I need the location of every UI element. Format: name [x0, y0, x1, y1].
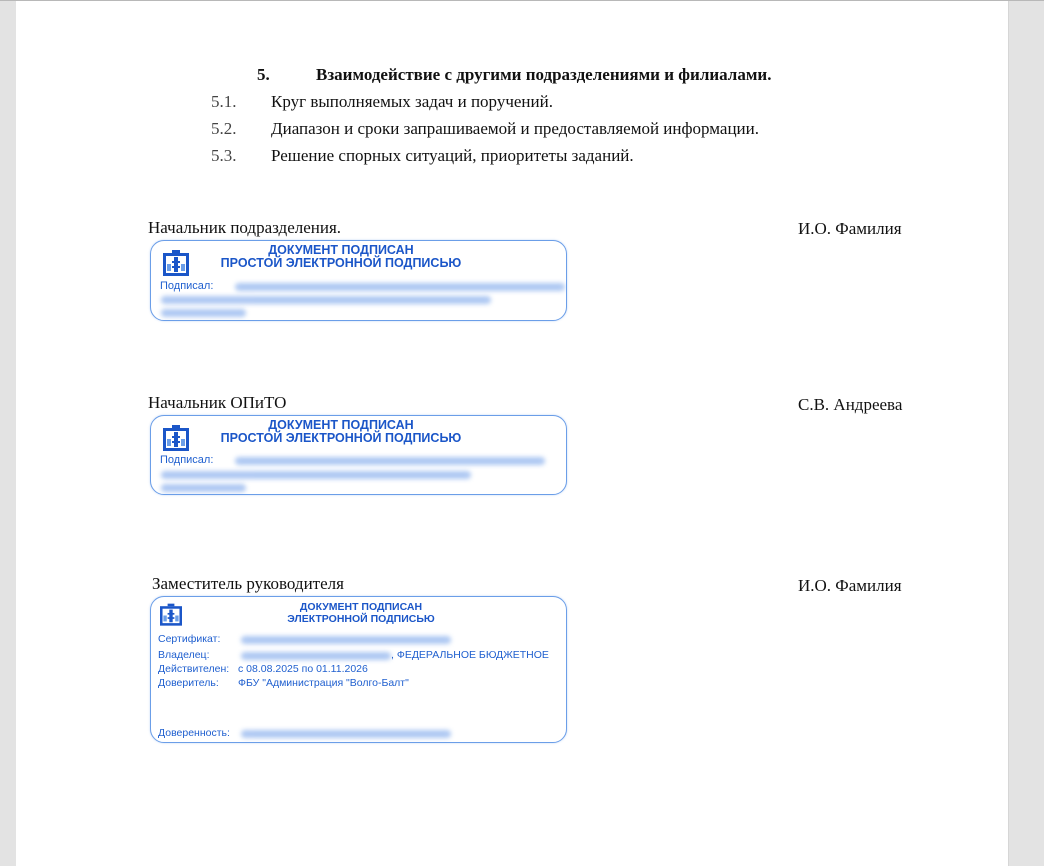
list-item-text: Диапазон и сроки запрашиваемой и предост…: [271, 119, 759, 139]
principal-value: ФБУ "Администрация "Волго-Балт": [238, 677, 409, 689]
signer-role: Заместитель руководителя: [152, 574, 344, 594]
organization-logo-icon: [163, 250, 189, 278]
organization-logo-icon: [163, 425, 189, 453]
signer-name: И.О. Фамилия: [798, 576, 902, 596]
signature-stamp: ДОКУМЕНТ ПОДПИСАН ЭЛЕКТРОННОЙ ПОДПИСЬЮ С…: [150, 596, 567, 743]
poa-label: Доверенность:: [158, 727, 230, 739]
list-item-number: 5.1.: [211, 92, 237, 112]
organization-logo-icon: [160, 603, 182, 628]
owner-value: , ФЕДЕРАЛЬНОЕ БЮДЖЕТНОЕ: [391, 649, 549, 661]
redacted-signer: [235, 457, 545, 465]
signed-by-label: Подписал:: [160, 454, 213, 466]
redacted-signer: [161, 471, 471, 479]
signer-role: Начальник ОПиТО: [148, 393, 286, 413]
redacted-signer: [161, 296, 491, 304]
signature-stamp: ДОКУМЕНТ ПОДПИСАН ПРОСТОЙ ЭЛЕКТРОННОЙ ПО…: [150, 240, 567, 321]
redacted-signer: [161, 309, 246, 317]
principal-label: Доверитель:: [158, 677, 219, 689]
signature-stamp: ДОКУМЕНТ ПОДПИСАН ПРОСТОЙ ЭЛЕКТРОННОЙ ПО…: [150, 415, 567, 495]
section-number: 5.: [257, 65, 270, 85]
stamp-header-line2: ПРОСТОЙ ЭЛЕКТРОННОЙ ПОДПИСЬЮ: [191, 432, 491, 445]
signer-role: Начальник подразделения.: [148, 218, 341, 238]
redacted-poa: [241, 730, 451, 738]
signed-by-label: Подписал:: [160, 280, 213, 292]
owner-label: Владелец:: [158, 649, 210, 661]
stamp-header-line1: ДОКУМЕНТ ПОДПИСАН: [231, 601, 491, 613]
list-item-text: Круг выполняемых задач и поручений.: [271, 92, 553, 112]
document-page: 5. Взаимодействие с другими подразделени…: [16, 1, 1009, 866]
redacted-signer: [161, 484, 246, 492]
valid-label: Действителен:: [158, 663, 229, 675]
list-item-text: Решение спорных ситуаций, приоритеты зад…: [271, 146, 634, 166]
redacted-signer: [235, 283, 565, 291]
redacted-owner: [241, 652, 391, 660]
signer-name: И.О. Фамилия: [798, 219, 902, 239]
section-title: Взаимодействие с другими подразделениями…: [316, 65, 771, 85]
valid-value: с 08.08.2025 по 01.11.2026: [238, 663, 368, 675]
signer-name: С.В. Андреева: [798, 395, 902, 415]
list-item-number: 5.3.: [211, 146, 237, 166]
redacted-certificate: [241, 636, 451, 644]
stamp-header-line2: ЭЛЕКТРОННОЙ ПОДПИСЬЮ: [231, 613, 491, 625]
list-item-number: 5.2.: [211, 119, 237, 139]
certificate-label: Сертификат:: [158, 633, 220, 645]
stamp-header-line2: ПРОСТОЙ ЭЛЕКТРОННОЙ ПОДПИСЬЮ: [191, 257, 491, 270]
